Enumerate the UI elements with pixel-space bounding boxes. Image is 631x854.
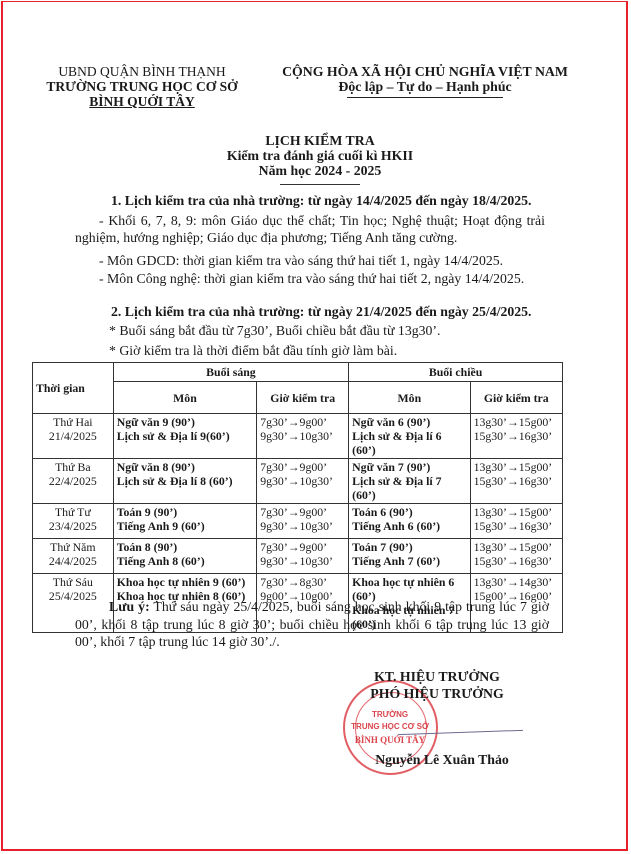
country-name: CỘNG HÒA XÃ HỘI CHỦ NGHĨA VIỆT NAM [265,64,585,79]
cell-date: Thứ Năm24/4/2025 [33,539,114,574]
cell-afternoon-hours: 13g30’→15g00’15g30’→16g30’ [470,539,562,574]
signature-title-1: KT. HIỆU TRƯỞNG [352,668,522,685]
signature-block: KT. HIỆU TRƯỞNG PHÓ HIỆU TRƯỞNG [352,668,522,702]
table-row: Thứ Năm24/4/2025Toán 8 (90’)Tiếng Anh 8 … [33,539,563,574]
cell-morning-hours: 7g30’→9g00’9g30’→10g30’ [257,539,349,574]
cell-morning-hours: 7g30’→9g00’9g30’→10g30’ [257,504,349,539]
section-1-heading: 1. Lịch kiểm tra của nhà trường: từ ngày… [75,192,545,210]
header-subject-pm: Môn [349,382,470,414]
cell-afternoon-subjects: Ngữ văn 6 (90’)Lịch sử & Địa lí 6 (60’) [349,414,470,459]
note-label: Lưu ý: [109,599,150,614]
cell-morning-subjects: Ngữ văn 9 (90’)Lịch sử & Địa lí 9(60’) [113,414,257,459]
cell-afternoon-subjects: Toán 7 (90’)Tiếng Anh 7 (60’) [349,539,470,574]
signature-title-2: PHÓ HIỆU TRƯỞNG [352,685,522,702]
table-row: Thứ Hai21/4/2025Ngữ văn 9 (90’)Lịch sử &… [33,414,563,459]
cell-afternoon-hours: 13g30’→15g00’15g30’→16g30’ [470,459,562,504]
cell-afternoon-hours: 13g30’→15g00’15g30’→16g30’ [470,504,562,539]
school-name: BÌNH QUỚI TÂY [89,94,195,109]
district-name: UBND QUẬN BÌNH THẠNH [42,64,242,79]
header-time: Thời gian [33,363,114,414]
cell-morning-subjects: Toán 8 (90’)Tiếng Anh 8 (60’) [113,539,257,574]
title-divider [280,184,360,185]
section-2-item: * Giờ kiểm tra là thời điểm bắt đầu tính… [75,342,545,360]
title-sub: Kiểm tra đánh giá cuối kì HKII [150,148,490,163]
section-2-heading: 2. Lịch kiểm tra của nhà trường: từ ngày… [75,303,545,321]
title-main: LỊCH KIỂM TRA [150,133,490,148]
section-2: 2. Lịch kiểm tra của nhà trường: từ ngày… [75,303,545,360]
table-row: Thứ Ba22/4/2025Ngữ văn 8 (90’)Lịch sử & … [33,459,563,504]
cell-afternoon-hours: 13g30’→15g00’15g30’→16g30’ [470,414,562,459]
exam-schedule-table: Thời gian Buổi sáng Buổi chiều Môn Giờ k… [32,362,563,633]
signer-name: Nguyễn Lê Xuân Thảo [362,752,522,768]
school-type: TRƯỜNG TRUNG HỌC CƠ SỞ [42,79,242,94]
national-motto: CỘNG HÒA XÃ HỘI CHỦ NGHĨA VIỆT NAM Độc l… [265,64,585,98]
stamp-line: TRUNG HỌC CƠ SỞ [345,722,435,732]
cell-date: Thứ Hai21/4/2025 [33,414,114,459]
section-2-item: * Buổi sáng bắt đầu từ 7g30’, Buổi chiều… [75,322,545,340]
header-afternoon: Buổi chiều [349,363,563,382]
section-1-item: - Môn GDCD: thời gian kiểm tra vào sáng … [75,252,545,270]
stamp-line: TRƯỜNG [345,710,435,720]
cell-afternoon-subjects: Toán 6 (90’)Tiếng Anh 6 (60’) [349,504,470,539]
section-1: 1. Lịch kiểm tra của nhà trường: từ ngày… [75,192,545,288]
header-hour-am: Giờ kiểm tra [257,382,349,414]
note: Lưu ý: Thứ sáu ngày 25/4/2025, buổi sáng… [75,598,549,651]
document-title: LỊCH KIỂM TRA Kiểm tra đánh giá cuối kì … [150,133,490,185]
cell-morning-subjects: Toán 9 (90’)Tiếng Anh 9 (60’) [113,504,257,539]
issuing-authority: UBND QUẬN BÌNH THẠNH TRƯỜNG TRUNG HỌC CƠ… [42,64,242,109]
section-1-item: - Môn Công nghệ: thời gian kiểm tra vào … [75,270,545,288]
cell-date: Thứ Tư23/4/2025 [33,504,114,539]
motto: Độc lập – Tự do – Hạnh phúc [265,79,585,94]
cell-date: Thứ Ba22/4/2025 [33,459,114,504]
header-morning: Buổi sáng [113,363,348,382]
header-subject-am: Môn [113,382,257,414]
cell-morning-hours: 7g30’→9g00’9g30’→10g30’ [257,414,349,459]
header-hour-pm: Giờ kiểm tra [470,382,562,414]
cell-afternoon-subjects: Ngữ văn 7 (90’)Lịch sử & Địa lí 7 (60’) [349,459,470,504]
motto-underline [347,97,503,98]
cell-morning-hours: 7g30’→9g00’9g30’→10g30’ [257,459,349,504]
cell-morning-subjects: Ngữ văn 8 (90’)Lịch sử & Địa lí 8 (60’) [113,459,257,504]
section-1-item: - Khối 6, 7, 8, 9: môn Giáo dục thể chất… [75,212,545,247]
title-year: Năm học 2024 - 2025 [150,163,490,178]
table-row: Thứ Tư23/4/2025Toán 9 (90’)Tiếng Anh 9 (… [33,504,563,539]
stamp-line: BÌNH QUỚI TÂY [345,735,435,745]
